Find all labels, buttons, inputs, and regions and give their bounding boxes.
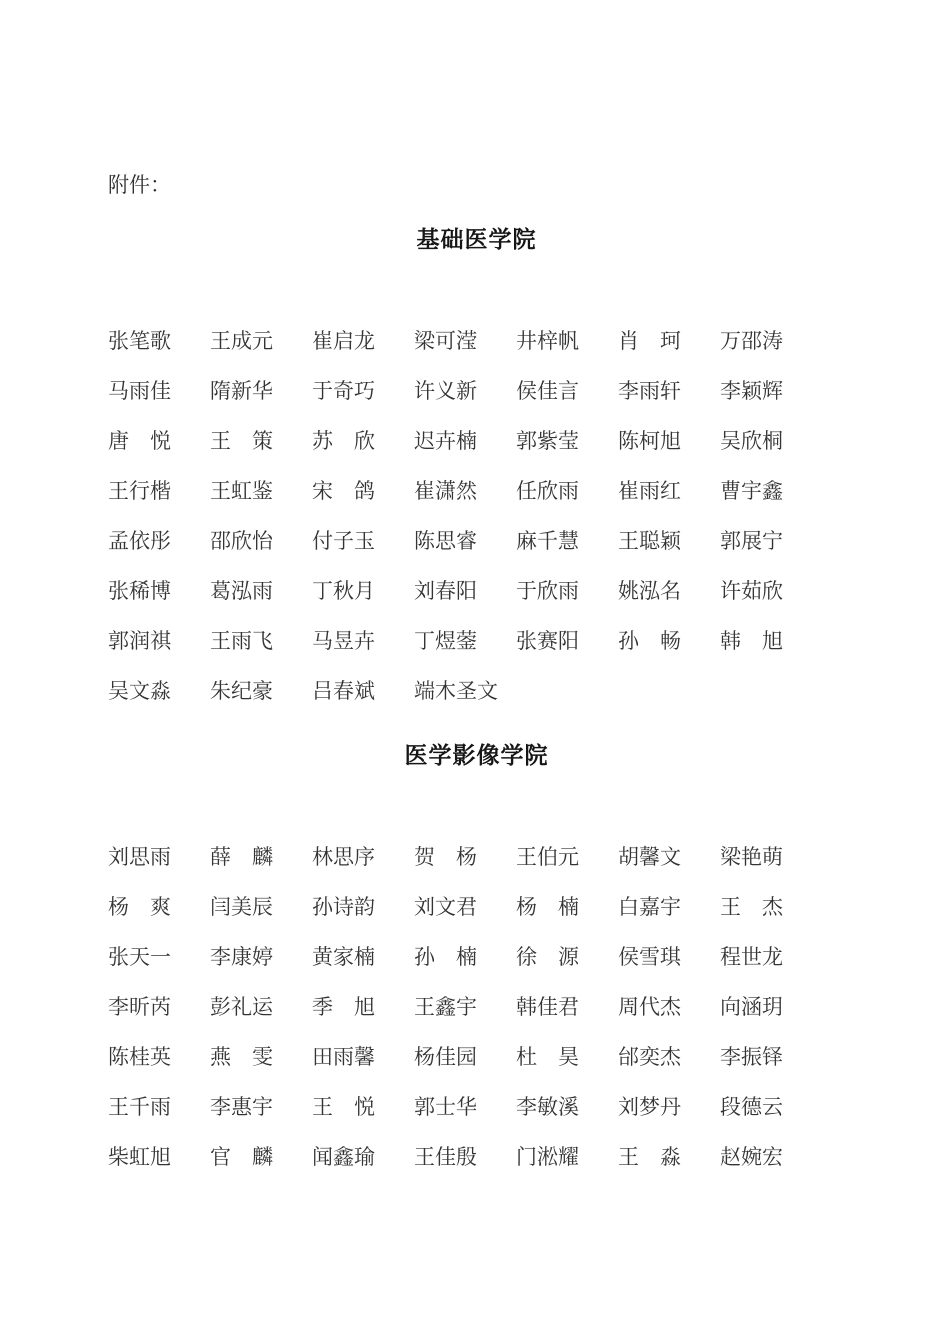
- student-name: 万邵涛: [720, 328, 783, 354]
- student-name: 闫美辰: [210, 894, 273, 920]
- student-name: 侯雪琪: [618, 944, 681, 970]
- student-name: 王鑫宇: [414, 994, 477, 1020]
- student-name: 于欣雨: [516, 578, 579, 604]
- student-name: 于奇巧: [312, 378, 375, 404]
- student-name: 刘梦丹: [618, 1094, 681, 1120]
- name-rows: 刘思雨薛 麟林思序贺 杨王伯元胡馨文梁艳萌杨 爽闫美辰孙诗韵刘文君杨 楠白嘉宇王…: [108, 844, 915, 1170]
- student-name: 马昱卉: [312, 628, 375, 654]
- student-name: 王伯元: [516, 844, 579, 870]
- student-name: 韩 旭: [720, 628, 783, 654]
- student-name: 林思序: [312, 844, 375, 870]
- student-name: 郭润祺: [108, 628, 171, 654]
- student-name: 麻千慧: [516, 528, 579, 554]
- student-name: 吕春斌: [312, 678, 375, 704]
- student-name: 马雨佳: [108, 378, 171, 404]
- name-row: 孟依彤邵欣怡付子玉陈思睿麻千慧王聪颖郭展宁: [108, 528, 915, 554]
- student-name: 向涵玥: [720, 994, 783, 1020]
- student-name: 许义新: [414, 378, 477, 404]
- student-name: 段德云: [720, 1094, 783, 1120]
- student-name: 孙诗韵: [312, 894, 375, 920]
- student-name: 王 杰: [720, 894, 783, 920]
- student-name: 任欣雨: [516, 478, 579, 504]
- student-name: 孙 畅: [618, 628, 681, 654]
- student-name: 黄家楠: [312, 944, 375, 970]
- student-name: 吴欣桐: [720, 428, 783, 454]
- student-name: 李昕芮: [108, 994, 171, 1020]
- name-row: 陈桂英燕 雯田雨馨杨佳园杜 昊邰奕杰李振铎: [108, 1044, 915, 1070]
- student-name: 刘春阳: [414, 578, 477, 604]
- student-name: 姚泓名: [618, 578, 681, 604]
- student-name: 王 策: [210, 428, 273, 454]
- student-name: 杨 楠: [516, 894, 579, 920]
- student-name: 王佳殷: [414, 1144, 477, 1170]
- student-name: 陈柯旭: [618, 428, 681, 454]
- student-name: 迟卉楠: [414, 428, 477, 454]
- student-name: 郭紫莹: [516, 428, 579, 454]
- student-name: 杜 昊: [516, 1044, 579, 1070]
- name-row: 王千雨李惠宇王 悦郭士华李敏溪刘梦丹段德云: [108, 1094, 915, 1120]
- student-name: 李敏溪: [516, 1094, 579, 1120]
- student-name: 程世龙: [720, 944, 783, 970]
- student-name: 井梓帆: [516, 328, 579, 354]
- student-name: 王雨飞: [210, 628, 273, 654]
- student-name: 徐 源: [516, 944, 579, 970]
- section-title: 医学影像学院: [108, 742, 915, 770]
- student-name: 王千雨: [108, 1094, 171, 1120]
- student-name: 薛 麟: [210, 844, 273, 870]
- student-name: 王 淼: [618, 1144, 681, 1170]
- student-name: 付子玉: [312, 528, 375, 554]
- name-row: 马雨佳隋新华于奇巧许义新侯佳言李雨轩李颖辉: [108, 378, 915, 404]
- student-name: 李振铎: [720, 1044, 783, 1070]
- student-name: 刘思雨: [108, 844, 171, 870]
- name-row: 王行楷王虹鉴宋 鸽崔潇然任欣雨崔雨红曹宇鑫: [108, 478, 915, 504]
- student-name: 邰奕杰: [618, 1044, 681, 1070]
- student-name: 周代杰: [618, 994, 681, 1020]
- student-name: 刘文君: [414, 894, 477, 920]
- college-section: 医学影像学院刘思雨薛 麟林思序贺 杨王伯元胡馨文梁艳萌杨 爽闫美辰孙诗韵刘文君杨…: [108, 742, 915, 1170]
- student-name: 燕 雯: [210, 1044, 273, 1070]
- student-name: 梁可滢: [414, 328, 477, 354]
- student-name: 杨佳园: [414, 1044, 477, 1070]
- student-name: 胡馨文: [618, 844, 681, 870]
- college-section: 基础医学院张笔歌王成元崔启龙梁可滢井梓帆肖 珂万邵涛马雨佳隋新华于奇巧许义新侯佳…: [108, 226, 915, 704]
- student-name: 王聪颖: [618, 528, 681, 554]
- student-name: 崔雨红: [618, 478, 681, 504]
- section-title: 基础医学院: [108, 226, 915, 254]
- student-name: 李雨轩: [618, 378, 681, 404]
- student-name: 崔启龙: [312, 328, 375, 354]
- document-page: 附件： 基础医学院张笔歌王成元崔启龙梁可滢井梓帆肖 珂万邵涛马雨佳隋新华于奇巧许…: [0, 0, 945, 1336]
- student-name: 侯佳言: [516, 378, 579, 404]
- student-name: 曹宇鑫: [720, 478, 783, 504]
- student-name: 陈桂英: [108, 1044, 171, 1070]
- student-name: 隋新华: [210, 378, 273, 404]
- student-name: 崔潇然: [414, 478, 477, 504]
- name-row: 柴虹旭官 麟闻鑫瑜王佳殷门淞耀王 淼赵婉宏: [108, 1144, 915, 1170]
- name-row: 郭润祺王雨飞马昱卉丁煜蓥张赛阳孙 畅韩 旭: [108, 628, 915, 654]
- name-row: 张天一李康婷黄家楠孙 楠徐 源侯雪琪程世龙: [108, 944, 915, 970]
- student-name: 陈思睿: [414, 528, 477, 554]
- student-name: 季 旭: [312, 994, 375, 1020]
- student-name: 李惠宇: [210, 1094, 273, 1120]
- student-name: 朱纪豪: [210, 678, 273, 704]
- student-name: 王虹鉴: [210, 478, 273, 504]
- name-row: 刘思雨薛 麟林思序贺 杨王伯元胡馨文梁艳萌: [108, 844, 915, 870]
- name-row: 张笔歌王成元崔启龙梁可滢井梓帆肖 珂万邵涛: [108, 328, 915, 354]
- student-name: 端木圣文: [414, 678, 498, 704]
- student-name: 张赛阳: [516, 628, 579, 654]
- student-name: 孟依彤: [108, 528, 171, 554]
- name-row: 吴文淼朱纪豪吕春斌端木圣文: [108, 678, 915, 704]
- student-name: 赵婉宏: [720, 1144, 783, 1170]
- name-row: 杨 爽闫美辰孙诗韵刘文君杨 楠白嘉宇王 杰: [108, 894, 915, 920]
- student-name: 张笔歌: [108, 328, 171, 354]
- name-row: 张稀博葛泓雨丁秋月刘春阳于欣雨姚泓名许茹欣: [108, 578, 915, 604]
- student-name: 贺 杨: [414, 844, 477, 870]
- student-name: 杨 爽: [108, 894, 171, 920]
- student-name: 李康婷: [210, 944, 273, 970]
- student-name: 田雨馨: [312, 1044, 375, 1070]
- name-row: 李昕芮彭礼运季 旭王鑫宇韩佳君周代杰向涵玥: [108, 994, 915, 1020]
- student-name: 唐 悦: [108, 428, 171, 454]
- student-name: 郭士华: [414, 1094, 477, 1120]
- student-name: 王 悦: [312, 1094, 375, 1120]
- student-name: 丁煜蓥: [414, 628, 477, 654]
- student-name: 孙 楠: [414, 944, 477, 970]
- student-name: 白嘉宇: [618, 894, 681, 920]
- name-row: 唐 悦王 策苏 欣迟卉楠郭紫莹陈柯旭吴欣桐: [108, 428, 915, 454]
- student-name: 柴虹旭: [108, 1144, 171, 1170]
- student-name: 韩佳君: [516, 994, 579, 1020]
- student-name: 宋 鸽: [312, 478, 375, 504]
- student-name: 葛泓雨: [210, 578, 273, 604]
- student-name: 吴文淼: [108, 678, 171, 704]
- student-name: 王成元: [210, 328, 273, 354]
- student-name: 苏 欣: [312, 428, 375, 454]
- student-name: 丁秋月: [312, 578, 375, 604]
- student-name: 张稀博: [108, 578, 171, 604]
- name-rows: 张笔歌王成元崔启龙梁可滢井梓帆肖 珂万邵涛马雨佳隋新华于奇巧许义新侯佳言李雨轩李…: [108, 328, 915, 704]
- student-name: 闻鑫瑜: [312, 1144, 375, 1170]
- student-name: 门淞耀: [516, 1144, 579, 1170]
- attachment-label: 附件：: [108, 172, 915, 198]
- student-name: 张天一: [108, 944, 171, 970]
- student-name: 官 麟: [210, 1144, 273, 1170]
- student-name: 郭展宁: [720, 528, 783, 554]
- student-name: 邵欣怡: [210, 528, 273, 554]
- student-name: 梁艳萌: [720, 844, 783, 870]
- student-name: 肖 珂: [618, 328, 681, 354]
- sections-container: 基础医学院张笔歌王成元崔启龙梁可滢井梓帆肖 珂万邵涛马雨佳隋新华于奇巧许义新侯佳…: [108, 226, 915, 1170]
- student-name: 李颖辉: [720, 378, 783, 404]
- student-name: 彭礼运: [210, 994, 273, 1020]
- student-name: 许茹欣: [720, 578, 783, 604]
- student-name: 王行楷: [108, 478, 171, 504]
